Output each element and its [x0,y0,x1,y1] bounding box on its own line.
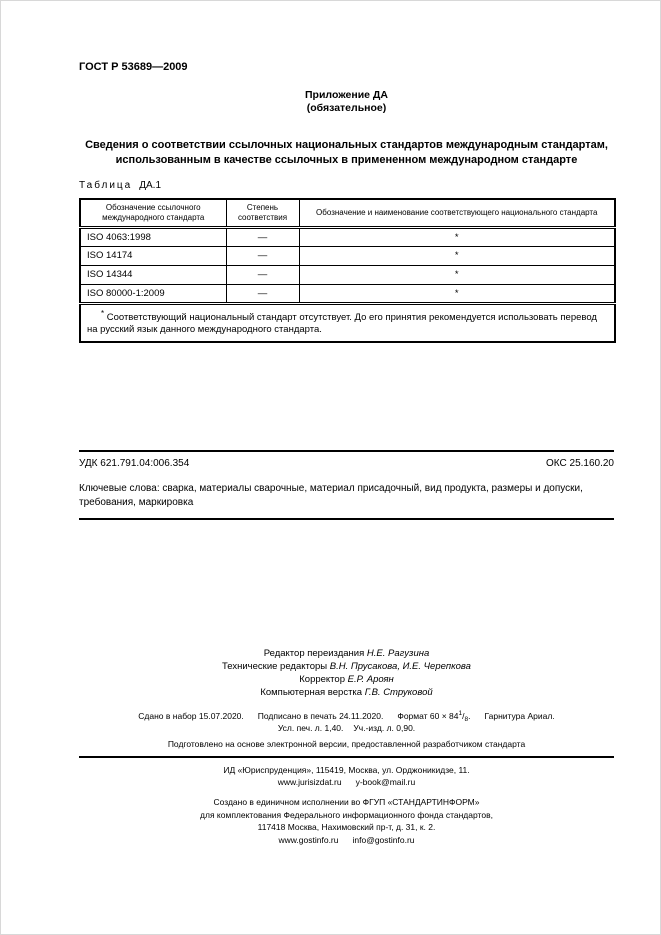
credit-role: Редактор переиздания [264,648,365,659]
cell-degree: — [226,284,299,303]
credit-name: Е.Р. Ароян [348,674,394,685]
imprint-submitted: Сдано в набор 15.07.2020. [138,711,244,721]
cell-national-standard: * [299,246,615,265]
producer-site: www.gostinfo.ru [278,834,338,847]
table-row: ISO 80000-1:2009 — * [80,284,615,303]
col-header-national-standard: Обозначение и наименование соответствующ… [299,199,615,227]
producer-contacts: www.gostinfo.ruinfo@gostinfo.ru [79,834,614,847]
horizontal-rule-middle [79,518,614,520]
credit-line: Корректор Е.Р. Ароян [79,673,614,686]
col-header-international-standard: Обозначение ссылочного международного ст… [80,199,226,227]
keywords-paragraph: Ключевые слова: сварка, материалы свароч… [79,482,614,510]
publisher-email: y-book@mail.ru [356,776,416,788]
annex-type: (обязательное) [79,102,614,115]
publisher-site: www.jurisizdat.ru [278,776,342,788]
table-footnote-row: * Соответствующий национальный стандарт … [80,303,615,342]
annex-title: Приложение ДА [79,89,614,102]
table-header-row: Обозначение ссылочного международного ст… [80,199,615,227]
cell-international-standard: ISO 4063:1998 [80,227,226,246]
section-heading: Сведения о соответствии ссылочных национ… [79,138,614,167]
udk-code: УДК 621.791.04:006.354 [79,458,189,469]
producer-email: info@gostinfo.ru [352,834,414,847]
imprint-print-sheets: Усл. печ. л. 1,40. [278,723,344,733]
producer-line-2: для комплектования Федерального информац… [79,809,614,822]
cell-degree: — [226,246,299,265]
imprint-signed: Подписано в печать 24.11.2020. [258,711,384,721]
credit-role: Технические редакторы [222,661,327,672]
cell-national-standard: * [299,265,615,284]
col-header-degree: Степень соответствия [226,199,299,227]
footnote-marker: * [101,309,104,318]
cell-international-standard: ISO 80000-1:2009 [80,284,226,303]
credit-role: Компьютерная верстка [260,687,362,698]
credit-name: Н.Е. Рагузина [367,648,429,659]
credit-line: Редактор переиздания Н.Е. Рагузина [79,647,614,660]
table-footnote: * Соответствующий национальный стандарт … [80,303,615,342]
cell-national-standard: * [299,284,615,303]
cell-international-standard: ISO 14174 [80,246,226,265]
footnote-text: Соответствующий национальный стандарт от… [87,312,597,335]
credit-name: В.Н. Прусакова, И.Е. Черепкова [330,661,471,672]
table-label-word: Таблица [79,180,132,191]
cell-degree: — [226,227,299,246]
publisher-address: ИД «Юриспруденция», 115419, Москва, ул. … [79,764,614,776]
classification-codes: УДК 621.791.04:006.354 ОКС 25.160.20 [79,458,614,469]
horizontal-rule-top [79,450,614,452]
correspondence-table: Обозначение ссылочного международного ст… [79,198,616,343]
doc-code: ГОСТ Р 53689—2009 [79,61,614,73]
cell-international-standard: ISO 14344 [80,265,226,284]
annex-header: Приложение ДА (обязательное) [79,89,614,115]
cell-degree: — [226,265,299,284]
horizontal-rule-bottom [79,756,614,758]
table-body: ISO 4063:1998 — * ISO 14174 — * ISO 1434… [80,227,615,303]
table-row: ISO 4063:1998 — * [80,227,615,246]
credit-line: Компьютерная верстка Г.В. Струковой [79,686,614,699]
credit-line: Технические редакторы В.Н. Прусакова, И.… [79,660,614,673]
cell-national-standard: * [299,227,615,246]
table-row: ISO 14174 — * [80,246,615,265]
publisher-block: ИД «Юриспруденция», 115419, Москва, ул. … [79,764,614,788]
producer-line-1: Создано в единичном исполнении во ФГУП «… [79,796,614,809]
credit-name: Г.В. Струковой [365,687,433,698]
imprint-typeface: Гарнитура Ариал. [485,711,555,721]
imprint-line-1: Сдано в набор 15.07.2020.Подписано в печ… [79,710,614,723]
credits-block: Редактор переиздания Н.Е. Рагузина Техни… [79,647,614,699]
oks-code: ОКС 25.160.20 [546,458,614,469]
imprint-pub-sheets: Уч.-изд. л. 0,90. [353,723,415,733]
producer-block: Создано в единичном исполнении во ФГУП «… [79,796,614,846]
imprint-line-2: Усл. печ. л. 1,40.Уч.-изд. л. 0,90. [79,723,614,733]
publisher-contacts: www.jurisizdat.ruy-book@mail.ru [79,776,614,788]
document-page: ГОСТ Р 53689—2009 Приложение ДА (обязате… [0,0,661,935]
credit-role: Корректор [299,674,345,685]
table-label-number: ДА.1 [139,180,161,191]
imprint-format: Формат 60 × 841/8. [397,710,470,723]
table-row: ISO 14344 — * [80,265,615,284]
prepared-note: Подготовлено на основе электронной верси… [79,739,614,749]
table-label: ТаблицаДА.1 [79,180,614,191]
producer-line-3: 117418 Москва, Нахимовский пр-т, д. 31, … [79,821,614,834]
